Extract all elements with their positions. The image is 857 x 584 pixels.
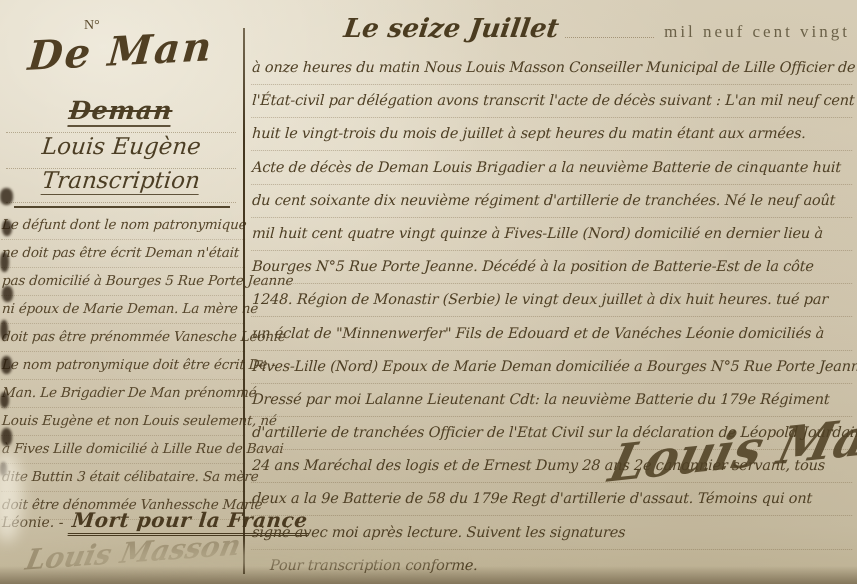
binding-blot (0, 252, 9, 272)
act-text-line: un éclat de "Minnenwerfer" Fils de Edoua… (251, 318, 854, 351)
margin-note-line: ne doit pas être écrit Deman n'était (1, 240, 247, 268)
date-row: Le seize Juillet mil neuf cent vingt (252, 14, 850, 44)
act-text-line: l'État-civil par délégation avons transc… (251, 85, 854, 118)
margin-correction-note: Le défunt dont le nom patronymique ne do… (2, 212, 246, 520)
binding-blot (2, 286, 13, 302)
act-text-line: 1248. Région de Monastir (Serbie) le vin… (251, 284, 854, 317)
act-text-line: du cent soixante dix neuvième régiment d… (251, 185, 854, 218)
act-text-line: Acte de décès de Deman Louis Brigadier a… (251, 152, 854, 185)
margin-column: N° De Man Deman Louis Eugène Transcripti… (0, 0, 243, 584)
margin-note-line: ni époux de Marie Deman. La mère ne (1, 296, 247, 324)
margin-body-divider-rule (243, 28, 245, 574)
act-text-line: Fives-Lille (Nord) Epoux de Marie Deman … (251, 351, 854, 384)
margin-note-line: à Fives Lille domicilié à Lille Rue de B… (1, 436, 247, 464)
act-text-block: à onze heures du matin Nous Louis Masson… (252, 52, 853, 582)
margin-surname-variant: Deman (6, 96, 236, 133)
margin-surname-display: De Man (6, 28, 236, 90)
act-text-line: Bourges N°5 Rue Porte Jeanne. Décédé à l… (251, 251, 854, 284)
doc-type-text: Transcription (41, 168, 202, 195)
margin-doc-type: Transcription (6, 168, 236, 203)
body-column: Le seize Juillet mil neuf cent vingt à o… (252, 0, 855, 584)
binding-blot (1, 428, 12, 446)
margin-horizontal-rule (14, 206, 230, 208)
dotted-leader-line (565, 23, 654, 38)
margin-given-names: Louis Eugène (6, 134, 236, 169)
surname-variant-text: Deman (68, 96, 175, 127)
given-names-text: Louis Eugène (40, 134, 201, 160)
binding-blot (1, 356, 12, 374)
handwritten-date: Le seize Juillet (342, 14, 561, 44)
binding-blot (2, 220, 12, 236)
act-text-line: huit le vingt-trois du mois de juillet à… (251, 118, 854, 151)
printed-year: mil neuf cent vingt (664, 22, 850, 44)
act-text-line: signé avec moi après lecture. Suivent le… (251, 517, 854, 550)
act-text-line: mil huit cent quatre vingt quinze à Five… (251, 218, 854, 251)
act-text-line: Dressé par moi Lalanne Lieutenant Cdt: l… (251, 384, 854, 417)
act-text-line: à onze heures du matin Nous Louis Masson… (251, 52, 854, 85)
margin-note-line: doit pas être prénommée Vanesche Léonie (1, 324, 247, 352)
margin-note-line: Le défunt dont le nom patronymique (1, 212, 247, 240)
margin-note-line: pas domicilié à Bourges 5 Rue Porte Jean… (1, 268, 247, 296)
binding-blot (0, 188, 13, 205)
margin-note-line: dite Buttin 3 était célibataire. Sa mère (1, 464, 247, 492)
margin-note-line: Man. Le Brigadier De Man prénommé (1, 380, 247, 408)
binding-blot (0, 392, 9, 408)
scan-bottom-shadow (0, 566, 857, 584)
binding-blot (0, 320, 8, 340)
act-text-line: deux a la 9e Batterie de 58 du 179e Regt… (251, 483, 854, 516)
death-record-transcription-page: N° De Man Deman Louis Eugène Transcripti… (0, 0, 857, 584)
margin-note-line: Louis Eugène et non Louis seulement, né (1, 408, 247, 436)
margin-note-line: Le nom patronymique doit être écrit De - (1, 352, 247, 380)
surname-display-text: De Man (26, 23, 215, 80)
